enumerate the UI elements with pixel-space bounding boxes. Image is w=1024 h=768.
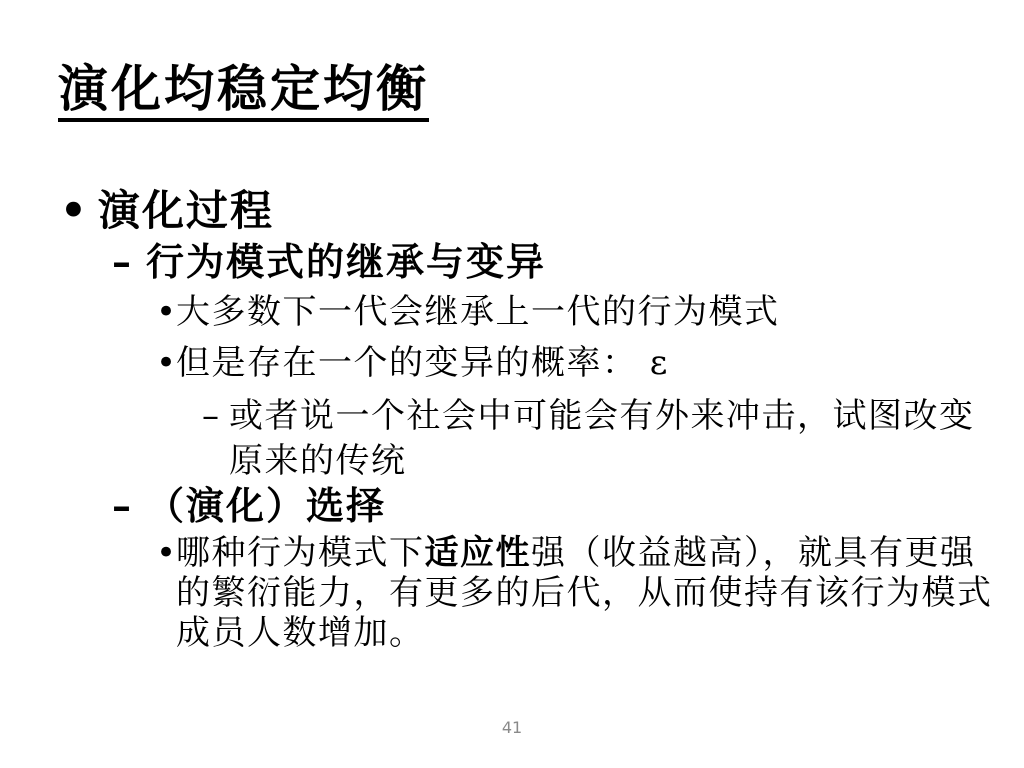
bullet-line: 成员人数增加。: [176, 613, 993, 653]
bullet-dot-icon: •: [60, 186, 98, 236]
bullet-text: （演化）选择: [146, 483, 386, 529]
bullet-dot-icon: •: [156, 343, 176, 384]
bullet-line: 或者说一个社会中可能会有外来冲击，试图改变: [229, 394, 975, 439]
bullet-line: 原来的传统: [229, 439, 975, 484]
bullet-text: 但是存在一个的变异的概率： ε: [176, 343, 669, 384]
bullet-line: 哪种行为模式下适应性强（收益越高），就具有更强: [176, 533, 993, 573]
bullet-majority-inherit: • 大多数下一代会继承上一代的行为模式: [156, 292, 780, 333]
bullet-evolution-process: • 演化过程: [60, 186, 274, 236]
bullet-text: 大多数下一代会继承上一代的行为模式: [176, 292, 780, 333]
bullet-mutation-probability: • 但是存在一个的变异的概率： ε: [156, 343, 669, 384]
bullet-text: 或者说一个社会中可能会有外来冲击，试图改变 原来的传统: [229, 394, 975, 484]
page-number: 41: [0, 718, 1024, 737]
bullet-inheritance-variation: – 行为模式的继承与变异: [112, 239, 546, 285]
dash-icon: –: [112, 483, 146, 529]
bullet-text: 行为模式的继承与变异: [146, 239, 546, 285]
slide: 演化均稳定均衡 • 演化过程 – 行为模式的继承与变异 • 大多数下一代会继承上…: [0, 0, 1024, 768]
emphasized-term: 适应性: [425, 533, 532, 573]
bullet-fitness-reproduction: • 哪种行为模式下适应性强（收益越高），就具有更强 的繁衍能力，有更多的后代，从…: [156, 533, 993, 653]
dash-icon: –: [112, 239, 146, 285]
bullet-text: 哪种行为模式下适应性强（收益越高），就具有更强 的繁衍能力，有更多的后代，从而使…: [176, 533, 993, 653]
bullet-text: 演化过程: [98, 186, 274, 236]
bullet-external-shock: – 或者说一个社会中可能会有外来冲击，试图改变 原来的传统: [202, 394, 975, 484]
bullet-evolution-selection: – （演化）选择: [112, 483, 386, 529]
bullet-dot-icon: •: [156, 533, 176, 573]
slide-title: 演化均稳定均衡: [58, 64, 429, 122]
bullet-line: 的繁衍能力，有更多的后代，从而使持有该行为模式: [176, 573, 993, 613]
bullet-dot-icon: •: [156, 292, 176, 333]
dash-icon: –: [202, 394, 229, 439]
